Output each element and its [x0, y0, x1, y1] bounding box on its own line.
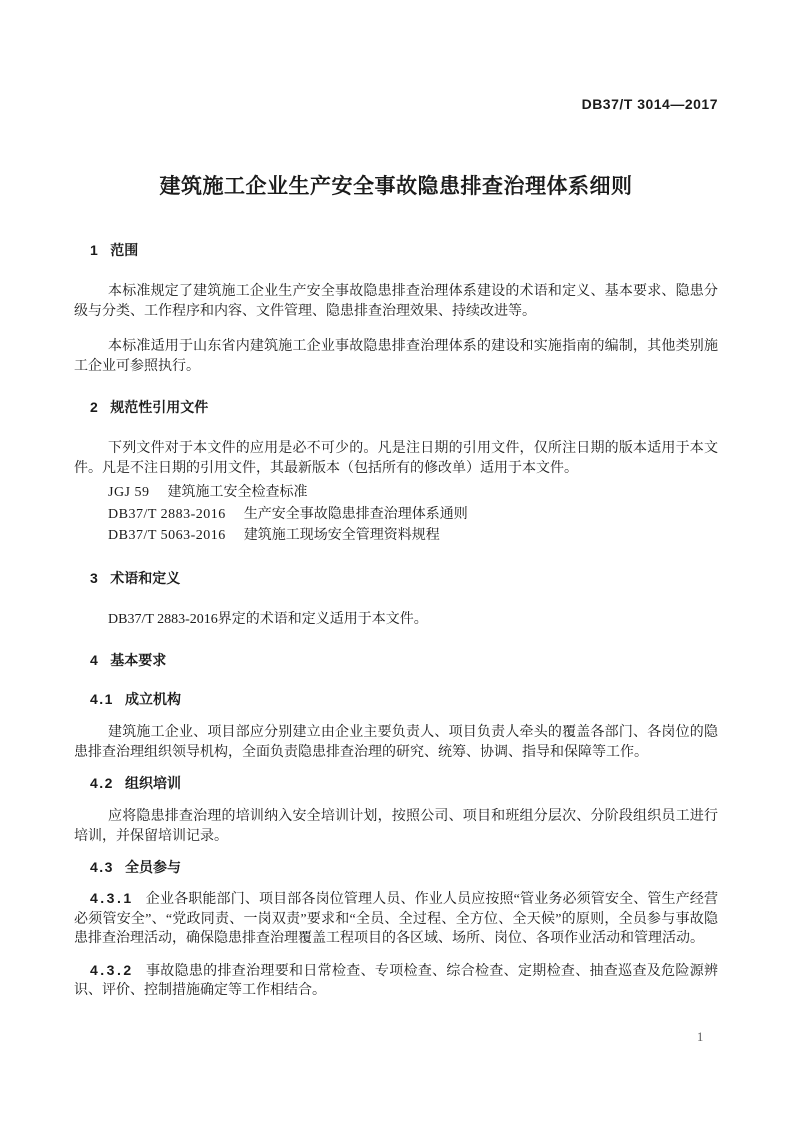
paragraph-references-intro: 下列文件对于本文件的应用是必不可少的。凡是注日期的引用文件，仅所注日期的版本适用… — [74, 439, 718, 478]
paragraph-4-2: 应将隐患排查治理的培训纳入安全培训计划，按照公司、项目和班组分层次、分阶段组织员… — [74, 807, 718, 846]
section-label: 范围 — [110, 242, 138, 258]
section-number: 1 — [90, 242, 99, 258]
subsection-number: 4.2 — [90, 775, 114, 791]
document-header: DB37/T 3014—2017 — [74, 97, 718, 111]
section-label: 基本要求 — [110, 652, 166, 668]
subsection-number: 4.1 — [90, 691, 114, 707]
section-number: 4 — [90, 652, 99, 668]
section-number: 3 — [90, 570, 99, 586]
clause-4-3-1: 4.3.1企业各职能部门、项目部各岗位管理人员、作业人员应按照“管业务必须管安全… — [74, 889, 718, 949]
paragraph-4-1: 建筑施工企业、项目部应分别建立由企业主要负责人、项目负责人牵头的覆盖各部门、各岗… — [74, 723, 718, 762]
section-heading-4: 4基本要求 — [74, 653, 718, 668]
document-page: DB37/T 3014—2017 建筑施工企业生产安全事故隐患排查治理体系细则 … — [0, 0, 793, 1122]
section-heading-3: 3术语和定义 — [74, 571, 718, 586]
subsection-label: 全员参与 — [125, 859, 181, 875]
page-number: 1 — [697, 1030, 703, 1044]
subsection-label: 组织培训 — [125, 775, 181, 791]
reference-title: 建筑施工现场安全管理资料规程 — [244, 528, 440, 543]
reference-item: DB37/T 5063-2016建筑施工现场安全管理资料规程 — [74, 526, 718, 547]
clause-number: 4.3.2 — [90, 962, 134, 978]
paragraph-terms: DB37/T 2883-2016界定的术语和定义适用于本文件。 — [74, 610, 718, 630]
document-title: 建筑施工企业生产安全事故隐患排查治理体系细则 — [74, 173, 718, 201]
reference-title: 建筑施工安全检查标准 — [168, 485, 308, 500]
subsection-heading-4-2: 4.2组织培训 — [74, 776, 718, 791]
clause-4-3-2: 4.3.2事故隐患的排查治理要和日常检查、专项检查、综合检查、定期检查、抽查巡查… — [74, 961, 718, 1001]
reference-code: JGJ 59 — [108, 485, 150, 500]
paragraph-scope-2: 本标准适用于山东省内建筑施工企业事故隐患排查治理体系的建设和实施指南的编制，其他… — [74, 337, 718, 376]
section-heading-1: 1范围 — [74, 243, 718, 258]
clause-text: 企业各职能部门、项目部各岗位管理人员、作业人员应按照“管业务必须管安全、管生产经… — [74, 892, 718, 946]
clause-number: 4.3.1 — [90, 890, 134, 906]
section-number: 2 — [90, 399, 99, 415]
subsection-number: 4.3 — [90, 859, 114, 875]
subsection-label: 成立机构 — [125, 691, 181, 707]
paragraph-scope-1: 本标准规定了建筑施工企业生产安全事故隐患排查治理体系建设的术语和定义、基本要求、… — [74, 282, 718, 321]
reference-code: DB37/T 5063-2016 — [108, 528, 226, 543]
clause-text: 事故隐患的排查治理要和日常检查、专项检查、综合检查、定期检查、抽查巡查及危险源辨… — [74, 964, 718, 999]
reference-item: JGJ 59建筑施工安全检查标准 — [74, 483, 718, 504]
section-label: 术语和定义 — [110, 570, 180, 586]
section-label: 规范性引用文件 — [110, 399, 208, 415]
reference-code: DB37/T 2883-2016 — [108, 507, 226, 522]
reference-item: DB37/T 2883-2016生产安全事故隐患排查治理体系通则 — [74, 505, 718, 526]
section-heading-2: 2规范性引用文件 — [74, 400, 718, 415]
standard-number: DB37/T 3014—2017 — [582, 96, 718, 112]
subsection-heading-4-1: 4.1成立机构 — [74, 692, 718, 707]
reference-title: 生产安全事故隐患排查治理体系通则 — [244, 507, 468, 522]
subsection-heading-4-3: 4.3全员参与 — [74, 860, 718, 875]
